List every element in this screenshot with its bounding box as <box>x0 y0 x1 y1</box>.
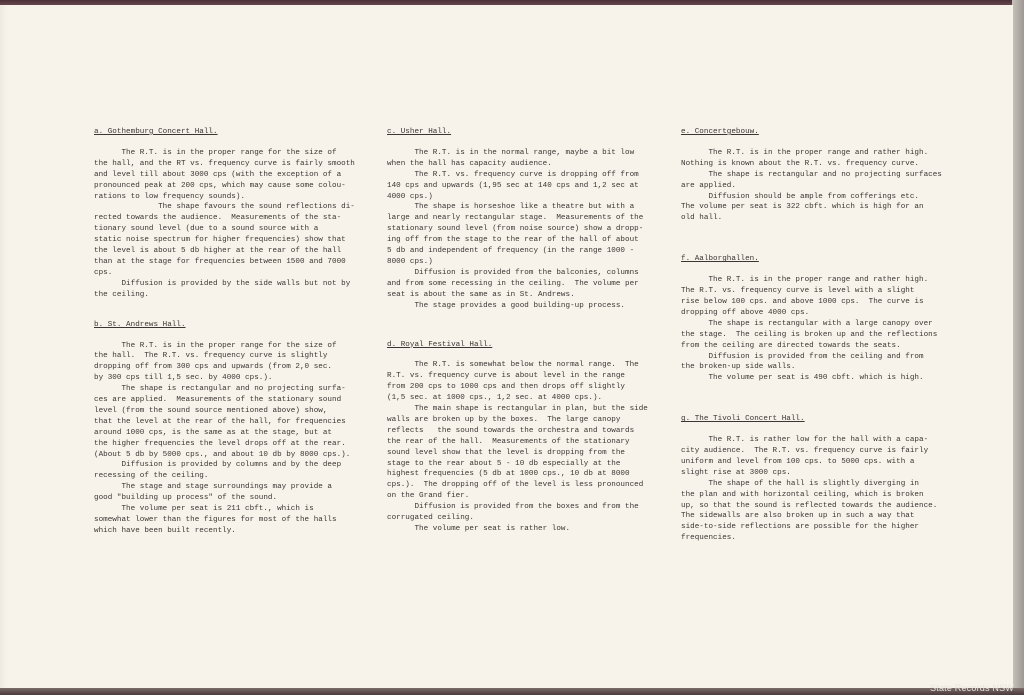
text-line: that the level at the rear of the hall, … <box>94 417 364 428</box>
text-line: Diffusion is provided from the boxes and… <box>387 502 657 513</box>
text-line: rations to low frequency sounds). <box>94 192 364 203</box>
text-line: uniform and level from 100 cps. to 5000 … <box>681 457 951 468</box>
archive-watermark: State Records NSW <box>930 683 1014 693</box>
text-line: The R.T. vs. frequency curve is level wi… <box>681 286 951 297</box>
text-line: Diffusion is provided by the side walls … <box>94 279 364 290</box>
section-heading: e. Concertgebouw. <box>681 127 951 138</box>
text-line: side-to-side reflections are possible fo… <box>681 522 951 533</box>
text-line: The R.T. vs. frequency curve is dropping… <box>387 170 657 181</box>
text-line: old hall. <box>681 213 951 224</box>
text-line: The volume per seat is 322 cbft. which i… <box>681 202 951 213</box>
text-line: The main shape is rectangular in plan, b… <box>387 404 657 415</box>
text-line: 4000 cps.) <box>387 192 657 203</box>
text-line: somewhat lower than the figures for most… <box>94 515 364 526</box>
text-line: (About 5 db by 5000 cps., and about 10 d… <box>94 450 364 461</box>
section-tivoli: g. The Tivoli Concert Hall. The R.T. is … <box>681 414 951 544</box>
text-line: The R.T. is in the proper range for the … <box>94 341 364 352</box>
section-body: The R.T. is rather low for the hall with… <box>681 435 951 544</box>
text-line: large and nearly rectangular stage. Meas… <box>387 213 657 224</box>
text-line: The R.T. is somewhat below the normal ra… <box>387 360 657 371</box>
text-line: the level is about 5 db higher at the re… <box>94 246 364 257</box>
text-line: highest frequencies (5 db at 1000 cps., … <box>387 469 657 480</box>
text-line: the ceiling. <box>94 290 364 301</box>
section-royal-festival-hall: d. Royal Festival Hall. The R.T. is some… <box>387 340 657 535</box>
text-line: up, so that the sound is reflected towar… <box>681 501 951 512</box>
text-line: seat is about the same as in St. Andrews… <box>387 290 657 301</box>
text-line: when the hall has capacity audience. <box>387 159 657 170</box>
section-concertgebouw: e. Concertgebouw. The R.T. is in the pro… <box>681 127 951 224</box>
section-body: The R.T. is in the normal range, maybe a… <box>387 148 657 312</box>
text-line: rise below 100 cps. and above 1000 cps. … <box>681 297 951 308</box>
text-line: Nothing is known about the R.T. vs. freq… <box>681 159 951 170</box>
document-page: a. Gothemburg Concert Hall. The R.T. is … <box>0 5 1013 688</box>
text-line: than at the stage for frequencies betwee… <box>94 257 364 268</box>
section-body: The R.T. is in the proper range for the … <box>94 148 364 301</box>
section-heading: c. Usher Hall. <box>387 127 657 138</box>
text-line: city audience. The R.T. vs. frequency cu… <box>681 446 951 457</box>
text-line: The volume per seat is rather low. <box>387 524 657 535</box>
text-line: Diffusion is provided from the balconies… <box>387 268 657 279</box>
text-line: cps.). The dropping off of the level is … <box>387 480 657 491</box>
text-line: are applied. <box>681 181 951 192</box>
text-line: ces are applied. Measurements of the sta… <box>94 395 364 406</box>
section-st-andrews: b. St. Andrews Hall. The R.T. is in the … <box>94 320 364 537</box>
text-line: which have been built recently. <box>94 526 364 537</box>
text-line: the broken-up side walls. <box>681 362 951 373</box>
text-line: The shape is rectangular and no projecti… <box>94 384 364 395</box>
text-line: dropping off above 4000 cps. <box>681 308 951 319</box>
text-line: the hall, and the RT vs. frequency curve… <box>94 159 364 170</box>
text-line: The R.T. is in the normal range, maybe a… <box>387 148 657 159</box>
text-line: and level till about 3000 cps (with the … <box>94 170 364 181</box>
column-middle: c. Usher Hall. The R.T. is in the normal… <box>387 127 657 535</box>
section-heading: a. Gothemburg Concert Hall. <box>94 127 364 138</box>
section-heading: g. The Tivoli Concert Hall. <box>681 414 951 425</box>
text-line: Diffusion is provided from the ceiling a… <box>681 352 951 363</box>
text-line: by 300 cps till 1,5 sec. by 4000 cps.). <box>94 373 364 384</box>
text-line: The stage provides a good building-up pr… <box>387 301 657 312</box>
text-line: The R.T. is in the proper range and rath… <box>681 275 951 286</box>
text-line: dropping off from 300 cps and upwards (f… <box>94 362 364 373</box>
text-line: good "building up process" of the sound. <box>94 493 364 504</box>
text-line: The R.T. is in the proper range for the … <box>94 148 364 159</box>
text-line: 8000 cps.) <box>387 257 657 268</box>
section-gothenburg: a. Gothemburg Concert Hall. The R.T. is … <box>94 127 364 301</box>
text-line: from 200 cps to 1000 cps and then drops … <box>387 382 657 393</box>
binding-bottom-edge <box>0 688 1024 695</box>
text-line: and from some recessing in the ceiling. … <box>387 279 657 290</box>
text-line: around 1000 cps, is the same as at the s… <box>94 428 364 439</box>
text-line: walls are broken up by the boxes. The la… <box>387 415 657 426</box>
text-line: ing off from the stage to the rear of th… <box>387 235 657 246</box>
text-line: static noise spectrum for higher frequen… <box>94 235 364 246</box>
section-heading: b. St. Andrews Hall. <box>94 320 364 331</box>
text-line: 5 db and independent of frequency (in th… <box>387 246 657 257</box>
text-line: The R.T. is in the proper range and rath… <box>681 148 951 159</box>
section-body: The R.T. is somewhat below the normal ra… <box>387 360 657 535</box>
text-line: The stage and stage surroundings may pro… <box>94 482 364 493</box>
text-line: on the Grand fier. <box>387 491 657 502</box>
text-line: frequencies. <box>681 533 951 544</box>
page-right-edge <box>1012 0 1024 695</box>
text-line: slight rise at 3000 cps. <box>681 468 951 479</box>
text-line: The volume per seat is 490 cbft. which i… <box>681 373 951 384</box>
section-body: The R.T. is in the proper range and rath… <box>681 148 951 224</box>
text-line: cps. <box>94 268 364 279</box>
text-line: The shape favours the sound reflections … <box>94 202 364 213</box>
text-line: sound level show that the level is dropp… <box>387 448 657 459</box>
text-line: (1,5 sec. at 1000 cps., 1,2 sec. at 4000… <box>387 393 657 404</box>
section-heading: f. Aalborghallen. <box>681 254 951 265</box>
section-heading: d. Royal Festival Hall. <box>387 340 657 351</box>
text-line: level (from the sound source mentioned a… <box>94 406 364 417</box>
text-line: the hall. The R.T. vs. frequency curve i… <box>94 351 364 362</box>
text-line: the stage. The ceiling is broken up and … <box>681 330 951 341</box>
text-line: The shape is rectangular with a large ca… <box>681 319 951 330</box>
section-aalborghallen: f. Aalborghallen. The R.T. is in the pro… <box>681 254 951 384</box>
section-body: The R.T. is in the proper range and rath… <box>681 275 951 384</box>
text-line: stationary sound level (from noise sourc… <box>387 224 657 235</box>
text-line: recessing of the ceiling. <box>94 471 364 482</box>
text-line: The shape of the hall is slightly diverg… <box>681 479 951 490</box>
column-left: a. Gothemburg Concert Hall. The R.T. is … <box>94 127 364 537</box>
text-line: rected towards the audience. Measurement… <box>94 213 364 224</box>
text-line: Diffusion should be ample from coffering… <box>681 192 951 203</box>
text-line: corrugated ceiling. <box>387 513 657 524</box>
text-line: The volume per seat is 211 cbft., which … <box>94 504 364 515</box>
text-line: R.T. vs. frequency curve is about level … <box>387 371 657 382</box>
text-line: The R.T. is rather low for the hall with… <box>681 435 951 446</box>
section-body: The R.T. is in the proper range for the … <box>94 341 364 537</box>
text-line: The shape is horseshoe like a theatre bu… <box>387 202 657 213</box>
column-right: e. Concertgebouw. The R.T. is in the pro… <box>681 127 951 544</box>
text-line: the rear of the hall. Measurements of th… <box>387 437 657 448</box>
text-line: reflects the sound towards the orchestra… <box>387 426 657 437</box>
section-usher-hall: c. Usher Hall. The R.T. is in the normal… <box>387 127 657 312</box>
text-line: pronounced peak at 200 cps, which may ca… <box>94 181 364 192</box>
text-line: The shape is rectangular and no projecti… <box>681 170 951 181</box>
text-line: stage to the rear about 5 - 10 db especi… <box>387 459 657 470</box>
text-line: The sidewalls are also broken up in such… <box>681 511 951 522</box>
text-line: the plan and with horizontal ceiling, wh… <box>681 490 951 501</box>
text-line: 140 cps and upwards (1,95 sec at 140 cps… <box>387 181 657 192</box>
text-line: the higher frequencies the level drops o… <box>94 439 364 450</box>
text-line: from the ceiling are directed towards th… <box>681 341 951 352</box>
text-line: tionary sound level (due to a sound sour… <box>94 224 364 235</box>
text-line: Diffusion is provided by columns and by … <box>94 460 364 471</box>
